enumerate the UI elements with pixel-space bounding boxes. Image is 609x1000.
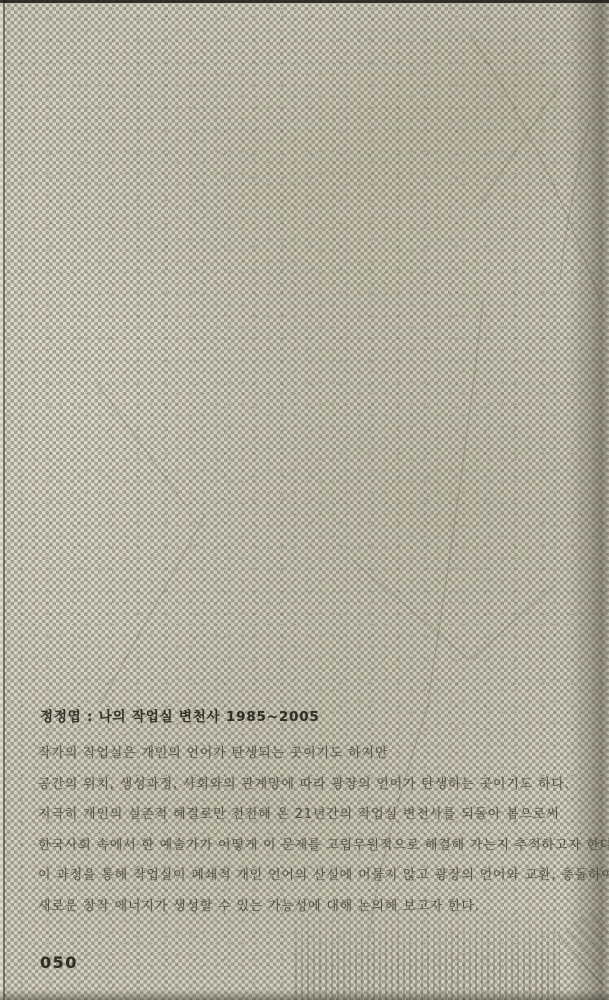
page-number: 050 bbox=[40, 953, 78, 972]
scanned-book-page: 정정엽 : 나의 작업실 변천사 1985~2005 작가의 작업실은 개인의 … bbox=[0, 0, 609, 1000]
page-edge-left bbox=[3, 0, 5, 1000]
scan-edge-top bbox=[0, 0, 609, 3]
page-title: 정정엽 : 나의 작업실 변천사 1985~2005 bbox=[40, 705, 578, 725]
body-line: 새로운 창작 에너지가 생성할 수 있는 가능성에 대해 논의해 보고자 한다. bbox=[38, 892, 578, 923]
body-line: 공간의 위치, 생성과정, 사회와의 관계망에 따라 광장의 언어가 탄생하는 … bbox=[38, 770, 578, 801]
body-line: 지극히 개인의 실존적 해결로만 전전해 온 21년간의 작업실 변천사를 되돌… bbox=[38, 800, 578, 831]
body-line: 작가의 작업실은 개인의 언어가 탄생되는 곳이기도 하지만 bbox=[38, 739, 578, 770]
body-line: 이 과정을 통해 작업실이 폐쇄적 개인 언어의 산실에 머물지 않고 광장의 … bbox=[38, 861, 578, 892]
body-line: 한국사회 속에서 한 예술가가 어떻게 이 문제를 고립무원적으로 해결해 가는… bbox=[38, 831, 578, 862]
text-block: 정정엽 : 나의 작업실 변천사 1985~2005 작가의 작업실은 개인의 … bbox=[38, 705, 578, 923]
